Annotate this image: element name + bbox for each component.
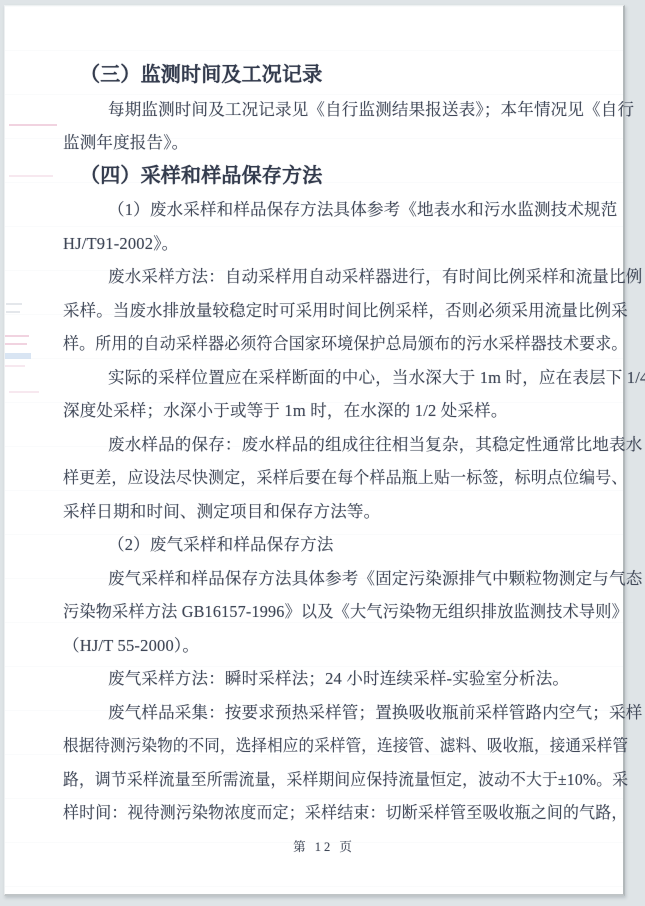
text-line: 深度处采样；水深小于或等于 1m 时，在水深的 1/2 处采样。 [63,394,621,428]
scan-artifact [9,175,53,177]
scanned-document-canvas: （三）监测时间及工况记录每期监测时间及工况记录见《自行监测结果报送表》；本年情况… [0,0,645,906]
text-line: 每期监测时间及工况记录见《自行监测结果报送表》；本年情况见《自行 [63,93,621,127]
section-heading: （四）采样和样品保存方法 [63,160,621,194]
scan-artifact [5,365,25,367]
text-line: 采样日期和时间、测定项目和保存方法等。 [63,495,621,529]
text-line: 根据待测污染物的不同，选择相应的采样管，连接管、滤料、吸收瓶，接通采样管 [63,729,588,763]
text-line: 监测年度报告》。 [63,126,621,160]
text-line: （2）废气采样和样品保存方法 [63,528,621,562]
scan-artifact [9,124,57,126]
text-line: HJ/T91-2002》。 [63,227,621,261]
scan-artifact [6,303,22,305]
scan-artifact [5,343,27,345]
text-line: 路，调节采样流量至所需流量，采样期间应保持流量恒定，波动不大于±10%。采 [63,763,596,797]
scan-artifact [5,353,31,359]
scan-artifact [6,311,20,313]
page-number-footer: 第 12 页 [25,837,623,855]
text-line: 样时间：视待测污染物浓度而定；采样结束：切断采样管至吸收瓶之间的气路， [63,796,602,830]
text-line: 样。所用的自动采样器必须符合国家环境保护总局颁布的污水采样器技术要求。 [63,327,602,361]
text-line: 废气采样方法：瞬时采样法；24 小时连续采样-实验室分析法。 [63,662,621,696]
text-line: 废水样品的保存：废水样品的组成往往相当复杂，其稳定性通常比地表水 [63,428,621,462]
text-line: 废水采样方法：自动采样用自动采样器进行，有时间比例采样和流量比例 [63,260,621,294]
text-line: （HJ/T 55-2000）。 [63,629,621,663]
text-line: （1）废水采样和样品保存方法具体参考《地表水和污水监测技术规范 [63,193,621,227]
document-body: （三）监测时间及工况记录每期监测时间及工况记录见《自行监测结果报送表》；本年情况… [63,59,621,830]
document-page: （三）监测时间及工况记录每期监测时间及工况记录见《自行监测结果报送表》；本年情况… [4,5,625,896]
text-line: 污染物采样方法 GB16157-1996》以及《大气污染物无组织排放监测技术导则… [63,595,609,629]
section-heading: （三）监测时间及工况记录 [63,59,621,93]
scan-artifact [5,335,29,337]
text-line: 采样。当废水排放量较稳定时可采用时间比例采样，否则必须采用流量比例采 [63,294,618,328]
text-line: 废气样品采集：按要求预热采样管；置换吸收瓶前采样管路内空气；采样 [63,696,621,730]
text-line: 废气采样和样品保存方法具体参考《固定污染源排气中颗粒物测定与气态 [63,562,621,596]
text-line: 实际的采样位置应在采样断面的中心，当水深大于 1m 时，应在表层下 1/4 [63,361,621,395]
text-line: 样更差，应设法尽快测定，采样后要在每个样品瓶上贴一标签，标明点位编号、 [63,461,602,495]
scan-artifact [9,391,39,393]
